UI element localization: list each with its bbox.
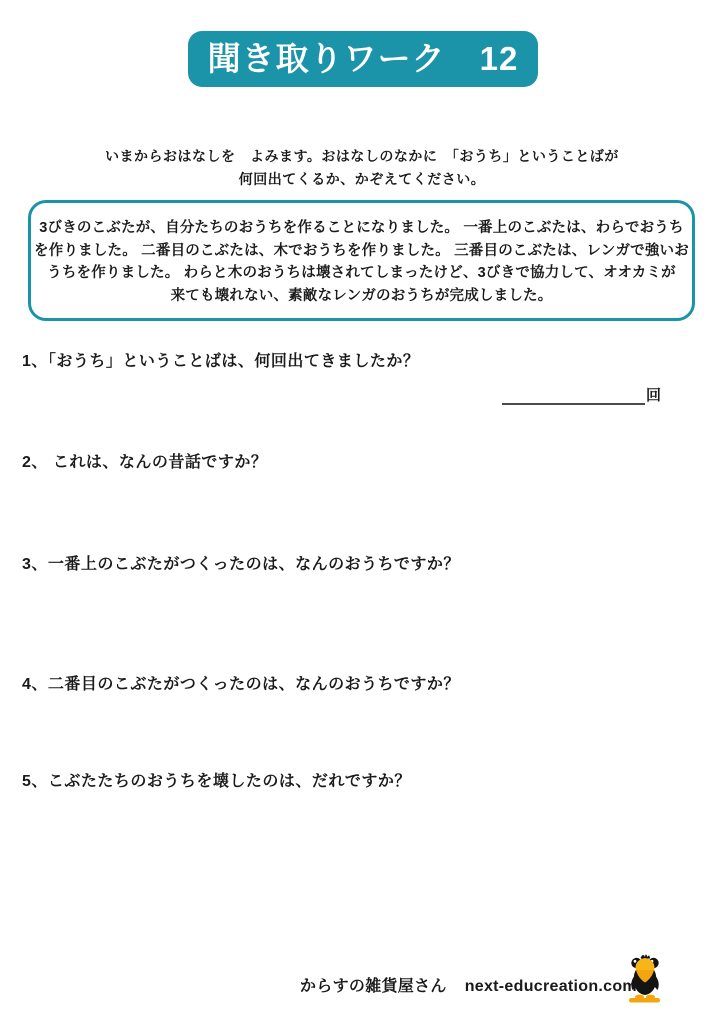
story-line-1: 3びきのこぶたが、自分たちのおうちを作ることになりました。 一番上のこぶたは、わ… [31,217,692,240]
worksheet-title-banner: 聞き取りワーク 12 [188,31,538,87]
intro-line-2: 何回出てくるか、かぞえてください。 [0,168,724,191]
answer-blank-line [502,386,645,405]
story-line-4: 来ても壊れない、素敵なレンガのおうちが完成しました。 [31,285,692,308]
question-3: 3、一番上のこぶたがつくったのは、なんのおうちですか？ [22,551,460,574]
crow-logo-icon [626,952,664,1004]
question-1: 1、「おうち」ということばは、何回出てきましたか？ [22,348,419,371]
worksheet-page: 聞き取りワーク 12 いまからおはなしを よみます。おはなしのなかに 「おうち」… [0,0,724,1024]
question-5: 5、こぶたたちのおうちを壊したのは、だれですか？ [22,768,411,791]
intro-instructions: いまからおはなしを よみます。おはなしのなかに 「おうち」ということばが 何回出… [0,145,724,191]
footer-credit: からすの雑貨屋さんnext-educreation.com [300,973,637,996]
story-line-3: うちを作りました。 わらと木のおうちは壊されてしまったけど、3びきで協力して、オ… [31,262,692,285]
footer-website: next-educreation.com [465,978,637,995]
answer-unit-label: 回 [646,386,661,405]
story-line-2: を作りました。 二番目のこぶたは、木でおうちを作りました。 三番目のこぶたは、レ… [31,240,692,263]
footer-shop-name: からすの雑貨屋さん [300,978,447,995]
intro-line-1: いまからおはなしを よみます。おはなしのなかに 「おうち」ということばが [0,145,724,168]
question-2: 2、 これは、なんの昔話ですか？ [22,449,267,472]
question-4: 4、二番目のこぶたがつくったのは、なんのおうちですか？ [22,671,460,694]
story-box: 3びきのこぶたが、自分たちのおうちを作ることになりました。 一番上のこぶたは、わ… [28,200,695,321]
question-1-answer-area: 回 [502,386,661,405]
